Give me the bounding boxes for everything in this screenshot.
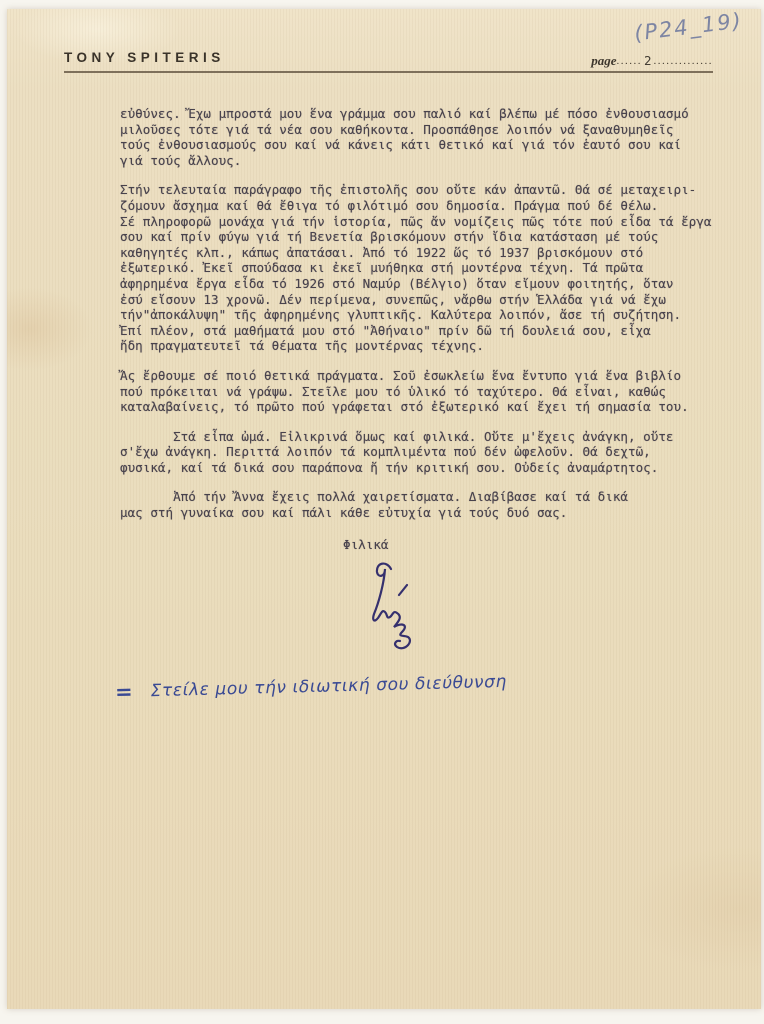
letter-paragraph: Στήν τελευταία παράγραφο τῆς ἐπιστολῆς σ… xyxy=(120,182,711,354)
page-number: 2 xyxy=(642,53,654,68)
page-dots-trailing: .............. xyxy=(654,55,714,67)
letterhead-name: TONY SPITERIS xyxy=(64,50,225,65)
letter-paragraph: Ἄς ἔρθουμε σέ ποιό θετικά πράγματα. Σοῦ … xyxy=(120,368,711,415)
scanned-letter-page: (Ρ24_19) TONY SPITERIS page......2......… xyxy=(0,0,764,1024)
letter-paper: (Ρ24_19) TONY SPITERIS page......2......… xyxy=(7,9,761,1009)
page-label: page xyxy=(591,53,616,68)
typed-line: τήν"ἀποκάλυψη" τῆς ἀφηρημένης γλυπτικῆς.… xyxy=(120,307,711,323)
typed-line: Σέ πληροφορῶ μονάχα γιά τήν ἱστορία, πῶς… xyxy=(120,214,711,230)
typed-line: τούς ἐνθουσιασμούς σου καί νά κάνεις κάτ… xyxy=(120,137,711,153)
typed-line: φυσικά, καί τά δικά σου παράπονα ἤ τήν κ… xyxy=(120,460,711,476)
page-dots-leading: ...... xyxy=(616,55,642,67)
archival-reference-handwritten: (Ρ24_19) xyxy=(633,8,744,45)
letter-body: εὐθύνες. Ἔχω μπροστά μου ἕνα γράμμα σου … xyxy=(120,106,711,535)
typed-line: γιά τούς ἄλλους. xyxy=(120,153,711,169)
typed-line: Στήν τελευταία παράγραφο τῆς ἐπιστολῆς σ… xyxy=(120,182,711,198)
typed-line: μιλοῦσες τότε γιά τά νέα σου καθήκοντα. … xyxy=(120,122,711,138)
typed-line: Ἀπό τήν Ἄννα ἔχεις πολλά χαιρετίσματα. Δ… xyxy=(120,489,711,505)
letter-paragraph: Ἀπό τήν Ἄννα ἔχεις πολλά χαιρετίσματα. Δ… xyxy=(120,489,711,520)
typed-line: καταλαβαίνεις, τό πρῶτο πού γράφεται στό… xyxy=(120,399,711,415)
typed-line: ἐσύ εἴσουν 13 χρονῶ. Δέν περίμενα, συνεπ… xyxy=(120,292,711,308)
typed-line: καθηγητές κλπ., κάπως ἀπατάσαι. Ἀπό τό 1… xyxy=(120,245,711,261)
letter-paragraph: Στά εἶπα ὠμά. Εἰλικρινά ὅμως καί φιλικά.… xyxy=(120,429,711,476)
typed-line: μας στή γυναίκα σου καί πάλι κάθε εὐτυχί… xyxy=(120,505,711,521)
typed-line: ἀφηρημένα ἔργα εἶδα τό 1926 στό Ναμύρ (Β… xyxy=(120,276,711,292)
typed-line: πού πρόκειται νά γράψω. Στεῖλε μου τό ὑλ… xyxy=(120,384,711,400)
typed-line: εὐθύνες. Ἔχω μπροστά μου ἕνα γράμμα σου … xyxy=(120,106,711,122)
letterhead-rule xyxy=(64,71,713,73)
typed-line: Ἄς ἔρθουμε σέ ποιό θετικά πράγματα. Σοῦ … xyxy=(120,368,711,384)
handwritten-note: =Στείλε μου τήν ιδιωτική σου διεύθυνση xyxy=(115,670,507,704)
typed-line: ἐξωτερικό. Ἐκεῖ σπούδασα κι ἐκεῖ μυήθηκα… xyxy=(120,260,711,276)
signature-flourish xyxy=(343,557,433,652)
typed-line: σ'ἔχω ἀνάγκη. Περιττά λοιπόν τά κομπλιμέ… xyxy=(120,444,711,460)
signature-main-stroke xyxy=(373,564,410,649)
letter-paragraph: εὐθύνες. Ἔχω μπροστά μου ἕνα γράμμα σου … xyxy=(120,106,711,168)
typed-line: ζόμουν ἄσχημα καί θά ἔθιγα τό φιλότιμό σ… xyxy=(120,198,711,214)
typed-line: Στά εἶπα ὠμά. Εἰλικρινά ὅμως καί φιλικά.… xyxy=(120,429,711,445)
letterhead-row: TONY SPITERIS page......2.............. xyxy=(64,47,713,69)
handwritten-note-text: Στείλε μου τήν ιδιωτική σου διεύθυνση xyxy=(150,672,507,701)
typed-line: ἤδη πραγματευτεῖ τά θέματα τῆς μοντέρνας… xyxy=(120,338,711,354)
page-indicator: page......2.............. xyxy=(591,53,713,69)
letterhead: TONY SPITERIS page......2.............. xyxy=(64,47,713,73)
typed-line: Ἐπί πλέον, στά μαθήματά μου στό "Ἀθήναιο… xyxy=(120,323,711,339)
typed-line: σου καί πρίν φύγω γιά τή Βενετία βρισκόμ… xyxy=(120,229,711,245)
closing-salutation: Φιλικά xyxy=(343,537,389,552)
equals-mark: = xyxy=(115,680,133,704)
signature-accent-stroke xyxy=(399,585,407,595)
